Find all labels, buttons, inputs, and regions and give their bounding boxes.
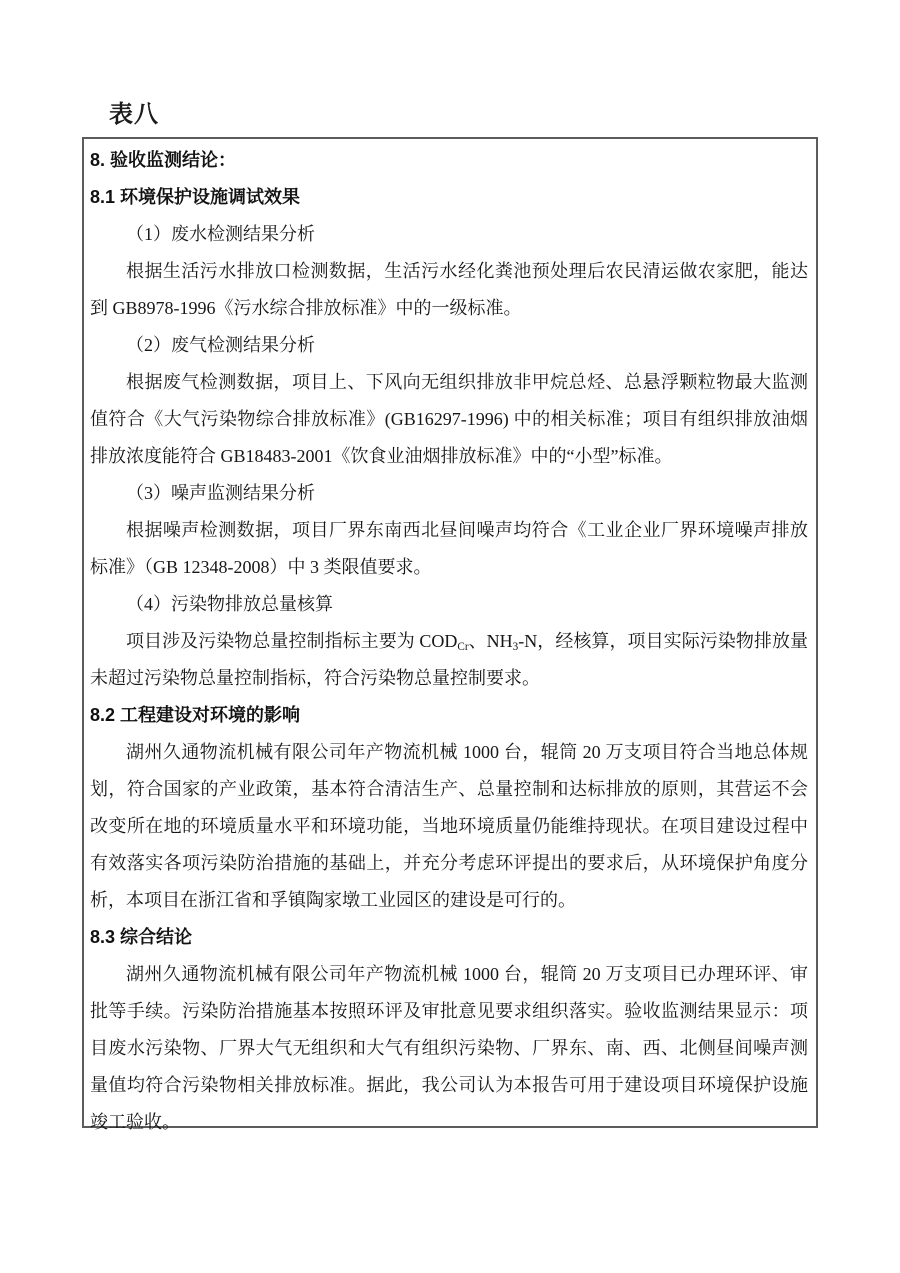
item-2-exhaust-body: 根据废气检测数据，项目上、下风向无组织排放非甲烷总烃、总悬浮颗粒物最大监测值符合… [90,364,808,475]
document-page: 表八 8. 验收监测结论： 8.1 环境保护设施调试效果 （1）废水检测结果分析… [0,0,900,1273]
item-4-text-2: 、NH [469,631,513,651]
cod-cr-subscript: Cr [457,641,468,653]
heading-8-3-overall-conclusion: 8.3 综合结论 [90,919,808,956]
heading-conclusion: 8. 验收监测结论： [90,142,808,179]
item-2-exhaust-title: （2）废气检测结果分析 [90,327,808,364]
item-1-wastewater-title: （1）废水检测结果分析 [90,216,808,253]
section-8-3-body: 湖州久通物流机械有限公司年产物流机械 1000 台，辊筒 20 万支项目已办理环… [90,956,808,1141]
content-box: 8. 验收监测结论： 8.1 环境保护设施调试效果 （1）废水检测结果分析 根据… [82,137,818,1128]
item-3-noise-body: 根据噪声检测数据，项目厂界东南西北昼间噪声均符合《工业企业厂界环境噪声排放标准》… [90,512,808,586]
item-1-wastewater-body: 根据生活污水排放口检测数据，生活污水经化粪池预处理后农民清运做农家肥，能达到 G… [90,253,808,327]
item-4-total-emission-body: 项目涉及污染物总量控制指标主要为 CODCr、NH3-N，经核算，项目实际污染物… [90,623,808,697]
section-8-2-body: 湖州久通物流机械有限公司年产物流机械 1000 台，辊筒 20 万支项目符合当地… [90,734,808,919]
table-label: 表八 [109,101,159,129]
item-4-text-1: 项目涉及污染物总量控制指标主要为 COD [126,631,457,651]
heading-8-1-facility-effect: 8.1 环境保护设施调试效果 [90,179,808,216]
item-4-total-emission-title: （4）污染物排放总量核算 [90,586,808,623]
item-3-noise-title: （3）噪声监测结果分析 [90,475,808,512]
heading-8-2-environment-impact: 8.2 工程建设对环境的影响 [90,697,808,734]
